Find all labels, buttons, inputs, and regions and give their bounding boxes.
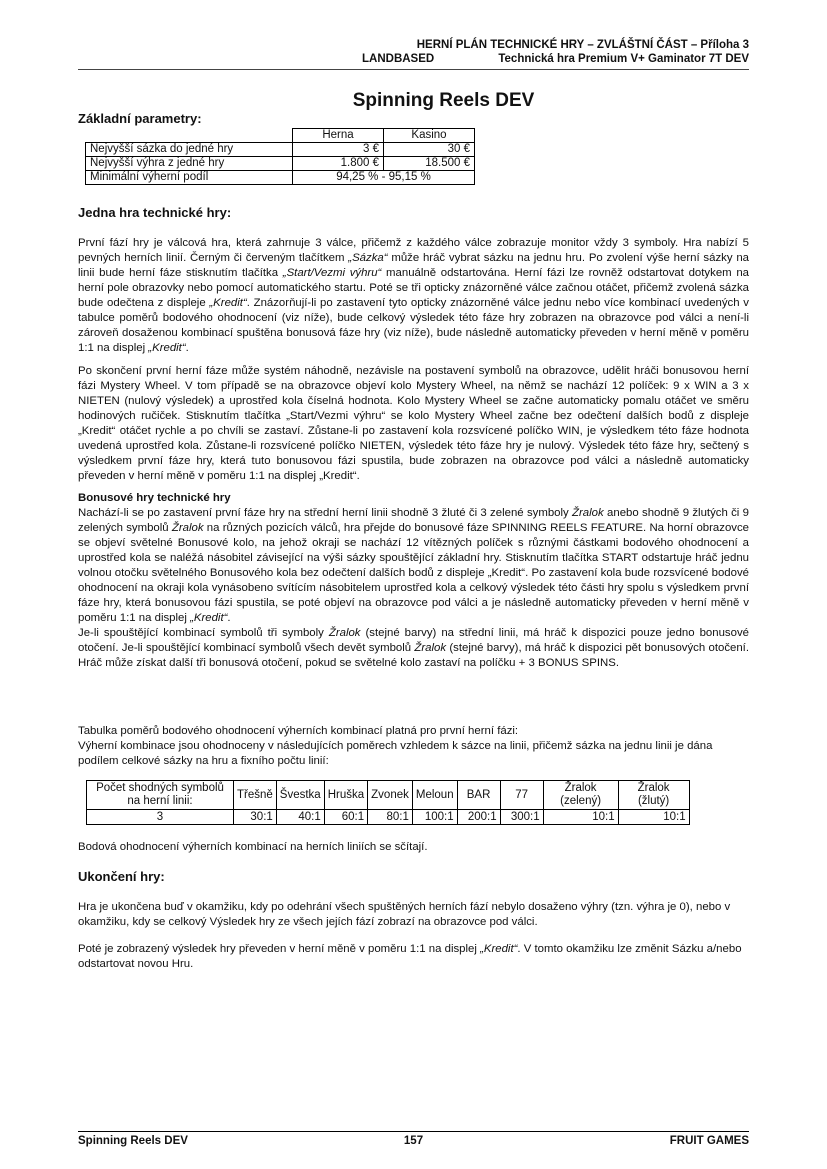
symbol-header: Třešně: [234, 781, 277, 810]
ratio-value: 60:1: [324, 810, 367, 825]
italic-term: „Start/Vezmi výhru“: [283, 267, 382, 279]
paytable: Počet shodných symbolů na herní linii: T…: [86, 780, 690, 825]
game-paragraph-1: První fází hry je válcová hra, která zah…: [78, 236, 749, 356]
row-label: Nejvyšší sázka do jedné hry: [86, 143, 293, 157]
end-paragraph-1: Hra je ukončena buď v okamžiku, kdy po o…: [78, 900, 749, 930]
paytable-intro-line1: Tabulka poměrů bodového ohodnocení výher…: [78, 725, 518, 737]
row-label: Minimální výherní podíl: [86, 171, 293, 185]
symbol-header: 77: [500, 781, 543, 810]
italic-term: Žralok: [329, 627, 361, 639]
ratio-value: 30:1: [234, 810, 277, 825]
symbol-header: BAR: [457, 781, 500, 810]
italic-term: „Kredit“: [148, 342, 185, 354]
italic-term: Žralok: [172, 522, 204, 534]
text-run: .: [227, 612, 230, 624]
text-run: .: [186, 342, 189, 354]
symbol-header: Žralok (žlutý): [618, 781, 689, 810]
basic-params-table: Herna Kasino Nejvyšší sázka do jedné hry…: [85, 128, 475, 185]
kasino-value: 30 €: [384, 143, 475, 157]
header-landbased: LANDBASED: [362, 53, 434, 65]
footer-category: FRUIT GAMES: [670, 1135, 749, 1147]
game-paragraph-2: Po skončení první herní fáze může systém…: [78, 364, 749, 484]
paytable-header-row: Počet shodných symbolů na herní linii: T…: [87, 781, 690, 810]
text-run: na různých pozicích válců, hra přejde do…: [78, 522, 749, 624]
paytable-note: Bodová ohodnocení výherních kombinací na…: [78, 840, 749, 855]
italic-term: Žralok: [572, 507, 604, 519]
paytable-intro: Tabulka poměrů bodového ohodnocení výher…: [78, 724, 749, 769]
count-header: Počet shodných symbolů na herní linii:: [87, 781, 234, 810]
end-paragraph-2: Poté je zobrazený výsledek hry převeden …: [78, 942, 749, 972]
bonus-section: Bonusové hry technické hry Nachází-li se…: [78, 491, 749, 671]
params-header-row: Herna Kasino: [86, 129, 475, 143]
italic-term: „Kredit“: [190, 612, 227, 624]
ratio-value: 100:1: [412, 810, 457, 825]
italic-term: Žralok: [414, 642, 446, 654]
ratio-value: 200:1: [457, 810, 500, 825]
symbol-header: Meloun: [412, 781, 457, 810]
italic-term: „Kredit“: [209, 297, 246, 309]
italic-term: „Sázka“: [348, 252, 387, 264]
ratio-value: 300:1: [500, 810, 543, 825]
symbol-header: Švestka: [276, 781, 324, 810]
game-heading: Jedna hra technické hry:: [78, 205, 231, 220]
table-row: Nejvyšší výhra z jedné hry 1.800 € 18.50…: [86, 157, 475, 171]
table-row: Nejvyšší sázka do jedné hry 3 € 30 €: [86, 143, 475, 157]
paytable-intro-line2: Výherní kombinace jsou ohodnoceny v násl…: [78, 740, 712, 767]
text-run: Je-li spouštějící kombinací symbolů tři …: [78, 627, 329, 639]
ratio-value: 10:1: [618, 810, 689, 825]
text-run: Poté je zobrazený výsledek hry převeden …: [78, 943, 480, 955]
herna-value: 3 €: [293, 143, 384, 157]
ratio-value: 10:1: [543, 810, 618, 825]
symbol-header: Hruška: [324, 781, 367, 810]
header-divider: [78, 69, 749, 70]
herna-value: 1.800 €: [293, 157, 384, 171]
symbol-header: Zvonek: [368, 781, 413, 810]
header-doc-title: HERNÍ PLÁN TECHNICKÉ HRY – ZVLÁŠTNÍ ČÁST…: [417, 39, 749, 51]
kasino-value: 18.500 €: [384, 157, 475, 171]
ratio-value: 40:1: [276, 810, 324, 825]
row-label: Nejvyšší výhra z jedné hry: [86, 157, 293, 171]
basic-params-heading: Základní parametry:: [78, 111, 202, 126]
col-kasino: Kasino: [384, 129, 475, 143]
page-title: Spinning Reels DEV: [0, 90, 827, 112]
rtp-value: 94,25 % - 95,15 %: [293, 171, 475, 185]
paytable-value-row: 3 30:1 40:1 60:1 80:1 100:1 200:1 300:1 …: [87, 810, 690, 825]
count-value: 3: [87, 810, 234, 825]
text-run: Nachází-li se po zastavení první fáze hr…: [78, 507, 572, 519]
col-herna: Herna: [293, 129, 384, 143]
end-heading: Ukončení hry:: [78, 869, 165, 884]
ratio-value: 80:1: [368, 810, 413, 825]
table-row: Minimální výherní podíl 94,25 % - 95,15 …: [86, 171, 475, 185]
bonus-subheading: Bonusové hry technické hry: [78, 491, 749, 506]
symbol-header: Žralok (zelený): [543, 781, 618, 810]
blank-cell: [86, 129, 293, 143]
italic-term: „Kredit“: [480, 943, 517, 955]
footer-divider: [78, 1131, 749, 1132]
header-game-name: Technická hra Premium V+ Gaminator 7T DE…: [498, 53, 749, 65]
